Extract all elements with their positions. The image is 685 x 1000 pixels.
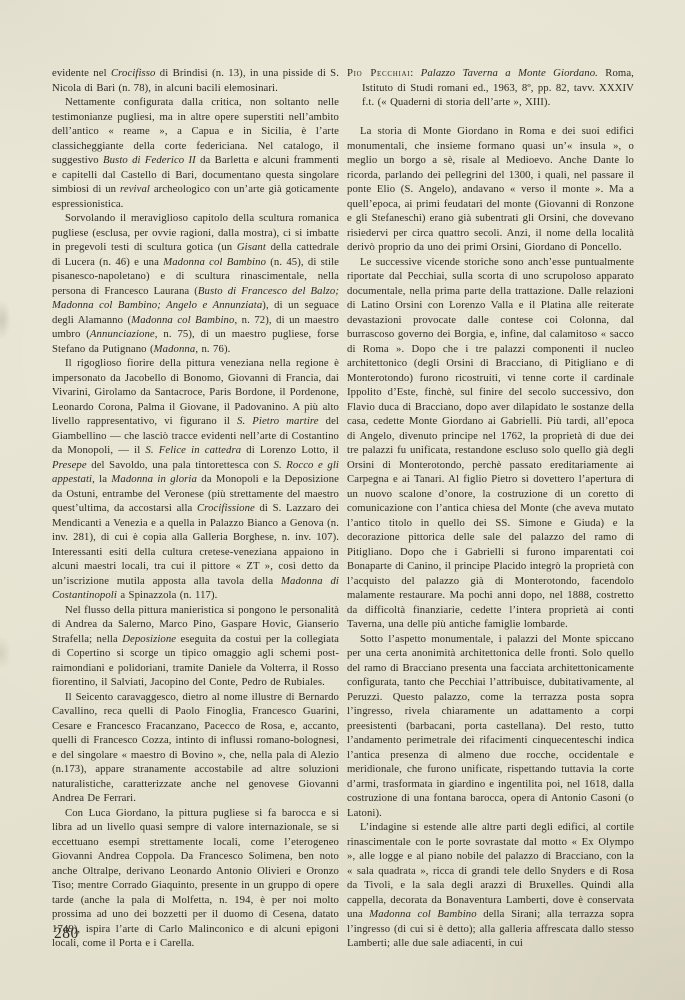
paragraph: evidente nel Crocifisso di Brindisi (n. … [52, 66, 339, 95]
bibliographic-heading: Pio Pecchiai: Palazzo Taverna a Monte Gi… [347, 66, 634, 110]
left-text-column: evidente nel Crocifisso di Brindisi (n. … [52, 66, 339, 951]
scan-smudge [0, 636, 11, 670]
text-run: Le successive vicende storiche sono anch… [347, 256, 634, 631]
paragraph: Con Luca Giordano, la pittura pugliese s… [52, 806, 339, 951]
italic-text-run: Crocifissione [197, 502, 255, 514]
italic-text-run: S. Felice in cattedra [145, 444, 241, 456]
italic-text-run: Madonna [154, 343, 196, 355]
paragraph: Il Seicento caravaggesco, dietro al nome… [52, 690, 339, 806]
smallcaps-text-run: Pio Pecchiai [347, 67, 410, 79]
paragraph: Il rigoglioso fiorire della pittura vene… [52, 356, 339, 603]
italic-text-run: Crocifisso [111, 67, 156, 79]
text-run: , la [92, 473, 111, 485]
text-run: , n. 76). [195, 343, 230, 355]
paragraph: Le successive vicende storiche sono anch… [347, 255, 634, 632]
italic-text-run: Madonna col Bambino [369, 908, 476, 920]
text-run: Il Seicento caravaggesco, dietro al nome… [52, 691, 339, 805]
italic-text-run: Gisant [237, 241, 266, 253]
text-run: : [410, 67, 420, 79]
right-text-column: Pio Pecchiai: Palazzo Taverna a Monte Gi… [347, 66, 634, 951]
italic-text-run: revival [120, 183, 150, 195]
paragraph: La storia di Monte Giordano in Roma e de… [347, 124, 634, 255]
text-run: L’indagine si estende alle altre parti d… [347, 821, 634, 920]
text-run: La storia di Monte Giordano in Roma e de… [347, 125, 634, 253]
scan-smudge [0, 300, 11, 340]
text-run: di Lorenzo Lotto, il [241, 444, 339, 456]
paragraph: Sotto l’aspetto monumentale, i palazzi d… [347, 632, 634, 821]
italic-text-run: Palazzo Taverna a Monte Giordano. [421, 67, 598, 79]
italic-text-run: Presepe [52, 459, 87, 471]
paragraph: L’indagine si estende alle altre parti d… [347, 820, 634, 951]
italic-text-run: Annunciazione [90, 328, 155, 340]
paragraph: Nettamente configurata dalla critica, no… [52, 95, 339, 211]
page-number: 280 [54, 925, 79, 943]
paragraph: Nel flusso della pittura manieristica si… [52, 603, 339, 690]
italic-text-run: Madonna col Bambino [163, 256, 266, 268]
italic-text-run: Deposizione [122, 633, 176, 645]
italic-text-run: Busto di Federico II [103, 154, 196, 166]
scanned-journal-page: evidente nel Crocifisso di Brindisi (n. … [0, 0, 685, 1000]
text-run: evidente nel [52, 67, 111, 79]
italic-text-run: Madonna in gloria [111, 473, 197, 485]
text-run: Con Luca Giordano, la pittura pugliese s… [52, 807, 339, 950]
text-run: Sotto l’aspetto monumentale, i palazzi d… [347, 633, 634, 819]
italic-text-run: S. Pietro martire [237, 415, 319, 427]
italic-text-run: Madonna col Bambino [131, 314, 234, 326]
text-run: a Spinazzola (n. 117). [117, 589, 217, 601]
paragraph: Sorvolando il meraviglioso capitolo dell… [52, 211, 339, 356]
text-run: del Savoldo, una pala tintorettesca con [87, 459, 274, 471]
